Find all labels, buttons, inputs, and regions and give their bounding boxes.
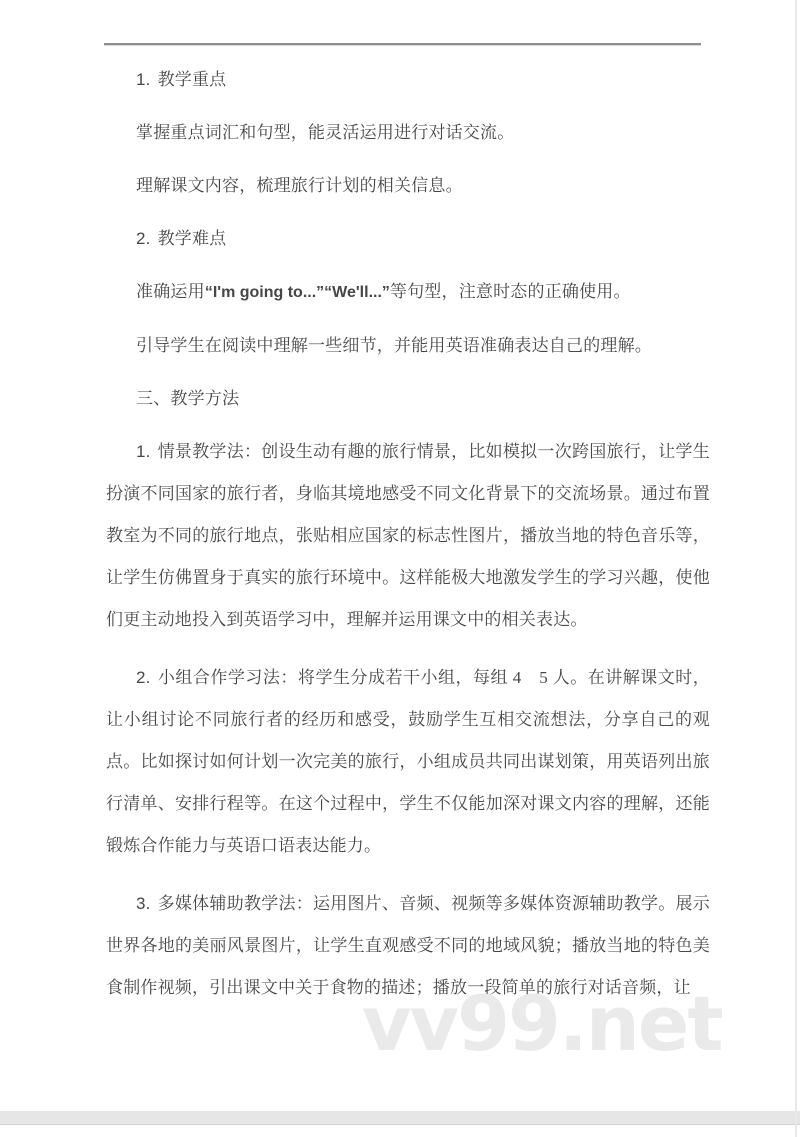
paragraph: 1.情景教学法：创设生动有趣的旅行情景，比如模拟一次跨国旅行，让学生扮演不同国家… <box>106 431 710 641</box>
paragraph-text: 教学重点 <box>158 70 227 89</box>
paragraph: 掌握重点词汇和句型，能灵活运用进行对话交流。 <box>106 112 710 154</box>
paragraph: 准确运用“I'm going to...”“We'll...”等句型，注意时态的… <box>106 271 710 314</box>
next-page-top <box>0 1125 800 1137</box>
page-gap-band <box>0 1111 800 1125</box>
list-number: 1. <box>136 70 151 89</box>
list-number: 3. <box>136 894 151 913</box>
paragraph: 2.教学难点 <box>106 218 710 260</box>
list-number: 1. <box>136 442 151 461</box>
paragraph-text: 情景教学法：创设生动有趣的旅行情景，比如模拟一次跨国旅行，让学生扮演不同国家的旅… <box>106 442 710 629</box>
section-heading: 三、教学方法 <box>106 378 710 420</box>
paragraph: 2.小组合作学习法：将学生分成若干小组，每组 4 5 人。在讲解课文时，让小组讨… <box>106 657 710 867</box>
paragraph-text: 小组合作学习法：将学生分成若干小组，每组 4 5 人。在讲解课文时，让小组讨论不… <box>106 668 710 855</box>
document-page: 1.教学重点 掌握重点词汇和句型，能灵活运用进行对话交流。 理解课文内容，梳理旅… <box>0 0 800 1137</box>
section-divider <box>104 43 701 45</box>
paragraph: 引导学生在阅读中理解一些细节，并能用英语准确表达自己的理解。 <box>106 325 710 367</box>
paragraph-text: 理解课文内容，梳理旅行计划的相关信息。 <box>136 176 463 195</box>
paragraph-text: 教学难点 <box>158 229 227 248</box>
paragraph-text: 等句型，注意时态的正确使用。 <box>390 282 631 301</box>
paragraph-text: 引导学生在阅读中理解一些细节，并能用英语准确表达自己的理解。 <box>136 336 652 355</box>
paragraph-text: 准确运用 <box>136 282 205 301</box>
english-phrase: “I'm going to...”“We'll...” <box>205 284 390 301</box>
list-number: 2. <box>136 668 151 687</box>
paragraph-text: 掌握重点词汇和句型，能灵活运用进行对话交流。 <box>136 123 514 142</box>
document-body: 1.教学重点 掌握重点词汇和句型，能灵活运用进行对话交流。 理解课文内容，梳理旅… <box>106 59 710 1025</box>
paragraph-text: 三、教学方法 <box>136 389 239 408</box>
list-number: 2. <box>136 229 151 248</box>
watermark: vv99.net <box>362 986 722 1062</box>
paragraph: 理解课文内容，梳理旅行计划的相关信息。 <box>106 165 710 207</box>
paragraph: 1.教学重点 <box>106 59 710 101</box>
content-right-edge <box>795 0 797 1137</box>
